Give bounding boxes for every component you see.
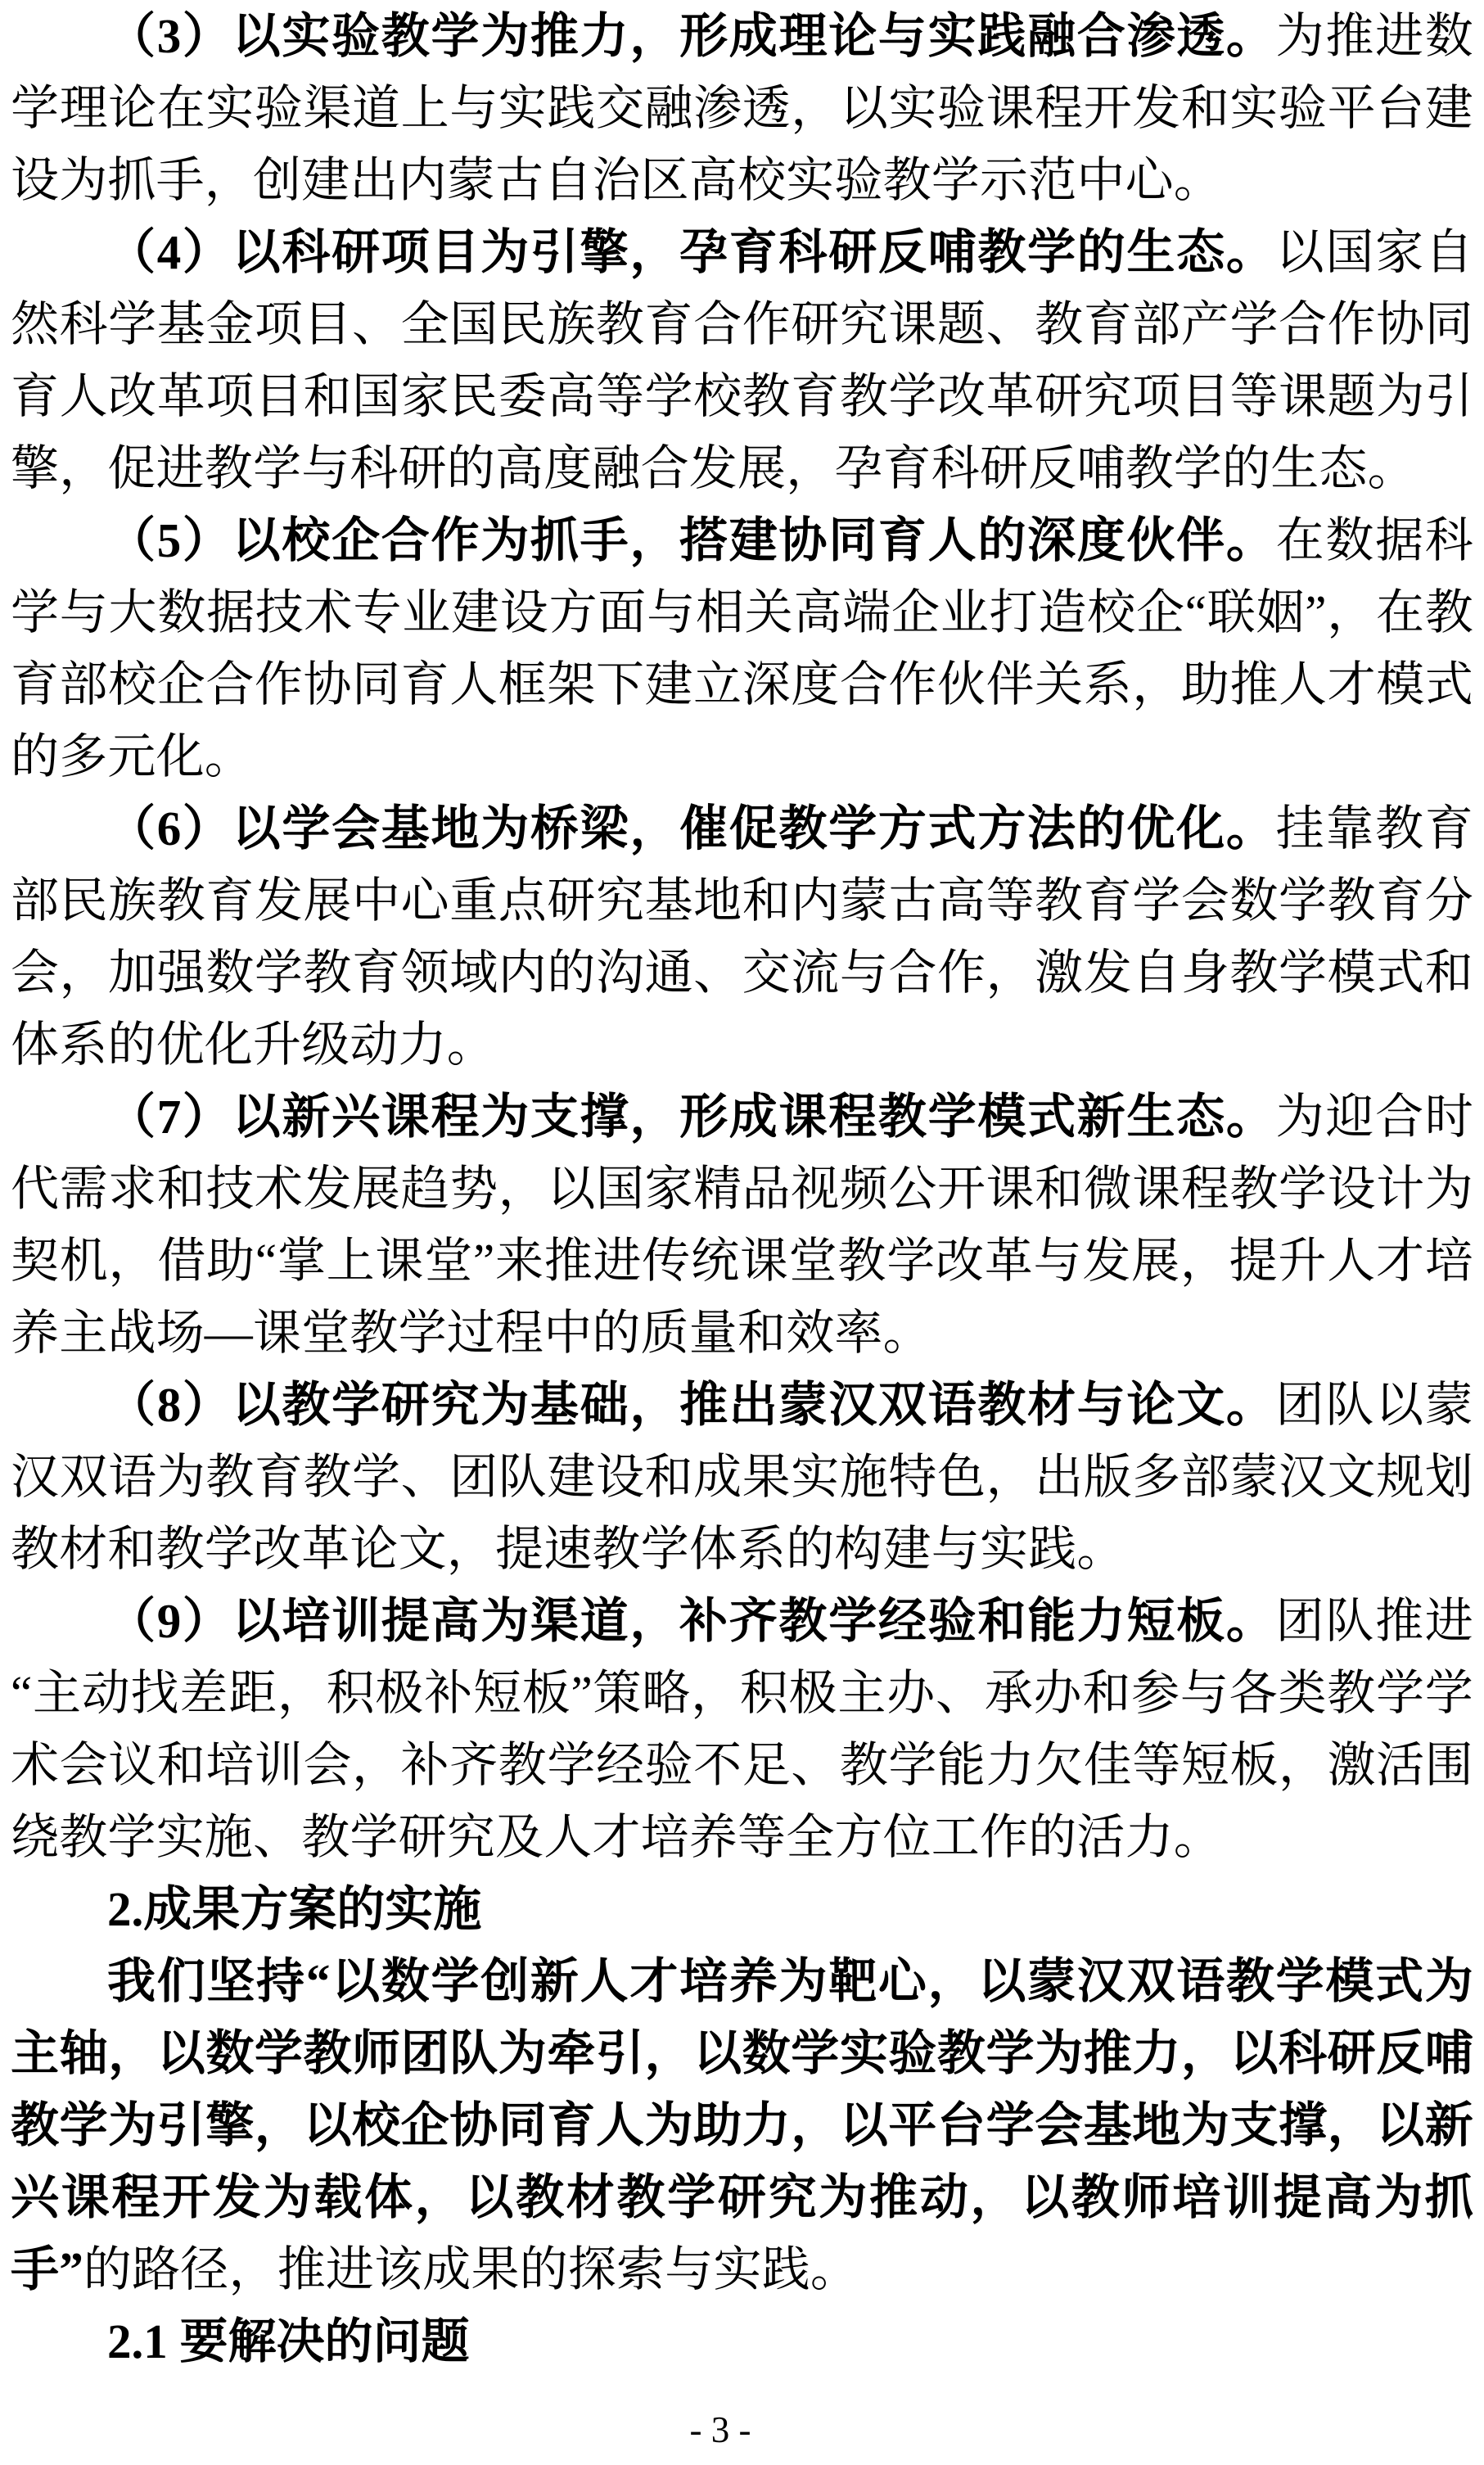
paragraph-lead-bold: （9）以培训提高为渠道，补齐教学经验和能力短板。: [107, 1594, 1276, 1648]
numbered-paragraph-6: （6）以学会基地为桥梁，催促教学方式方法的优化。挂靠教育部民族教育发展中心重点研…: [11, 792, 1473, 1081]
paragraph-lead-bold: （3）以实验教学为推力，形成理论与实践融合渗透。: [107, 9, 1276, 63]
paragraph-lead-bold: （8）以教学研究为基础，推出蒙汉双语教材与论文。: [107, 1378, 1276, 1432]
section-heading-2: 2.成果方案的实施: [11, 1873, 1473, 1945]
document-page-body: （3）以实验教学为推力，形成理论与实践融合渗透。为推进数学理论在实验渠道上与实践…: [11, 0, 1473, 2377]
paragraph-lead-bold: （4）以科研项目为引擎，孕育科研反哺教学的生态。: [107, 225, 1276, 279]
numbered-paragraph-5: （5）以校企合作为抓手，搭建协同育人的深度伙伴。在数据科学与大数据技术专业建设方…: [11, 504, 1473, 792]
paragraph-body-text: 的路径，推进该成果的探索与实践。: [83, 2242, 859, 2296]
paragraph-lead-bold: （6）以学会基地为桥梁，催促教学方式方法的优化。: [107, 801, 1276, 856]
numbered-paragraph-8: （8）以教学研究为基础，推出蒙汉双语教材与论文。团队以蒙汉双语为教育教学、团队建…: [11, 1369, 1473, 1585]
subsection-heading-2-1: 2.1 要解决的问题: [11, 2305, 1473, 2377]
numbered-paragraph-3: （3）以实验教学为推力，形成理论与实践融合渗透。为推进数学理论在实验渠道上与实践…: [11, 0, 1473, 216]
numbered-paragraph-9: （9）以培训提高为渠道，补齐教学经验和能力短板。团队推进“主动找差距，积极补短板…: [11, 1585, 1473, 1873]
paragraph-lead-bold: （5）以校企合作为抓手，搭建协同育人的深度伙伴。: [107, 513, 1276, 567]
implementation-paragraph: 我们坚持“以数学创新人才培养为靶心，以蒙汉双语教学模式为主轴，以数学教师团队为牵…: [11, 1945, 1473, 2305]
paragraph-lead-bold: （7）以新兴课程为支撑，形成课程教学模式新生态。: [107, 1090, 1276, 1144]
numbered-paragraph-4: （4）以科研项目为引擎，孕育科研反哺教学的生态。以国家自然科学基金项目、全国民族…: [11, 216, 1473, 504]
numbered-paragraph-7: （7）以新兴课程为支撑，形成课程教学模式新生态。为迎合时代需求和技术发展趋势，以…: [11, 1081, 1473, 1369]
page-number: - 3 -: [0, 2405, 1441, 2454]
